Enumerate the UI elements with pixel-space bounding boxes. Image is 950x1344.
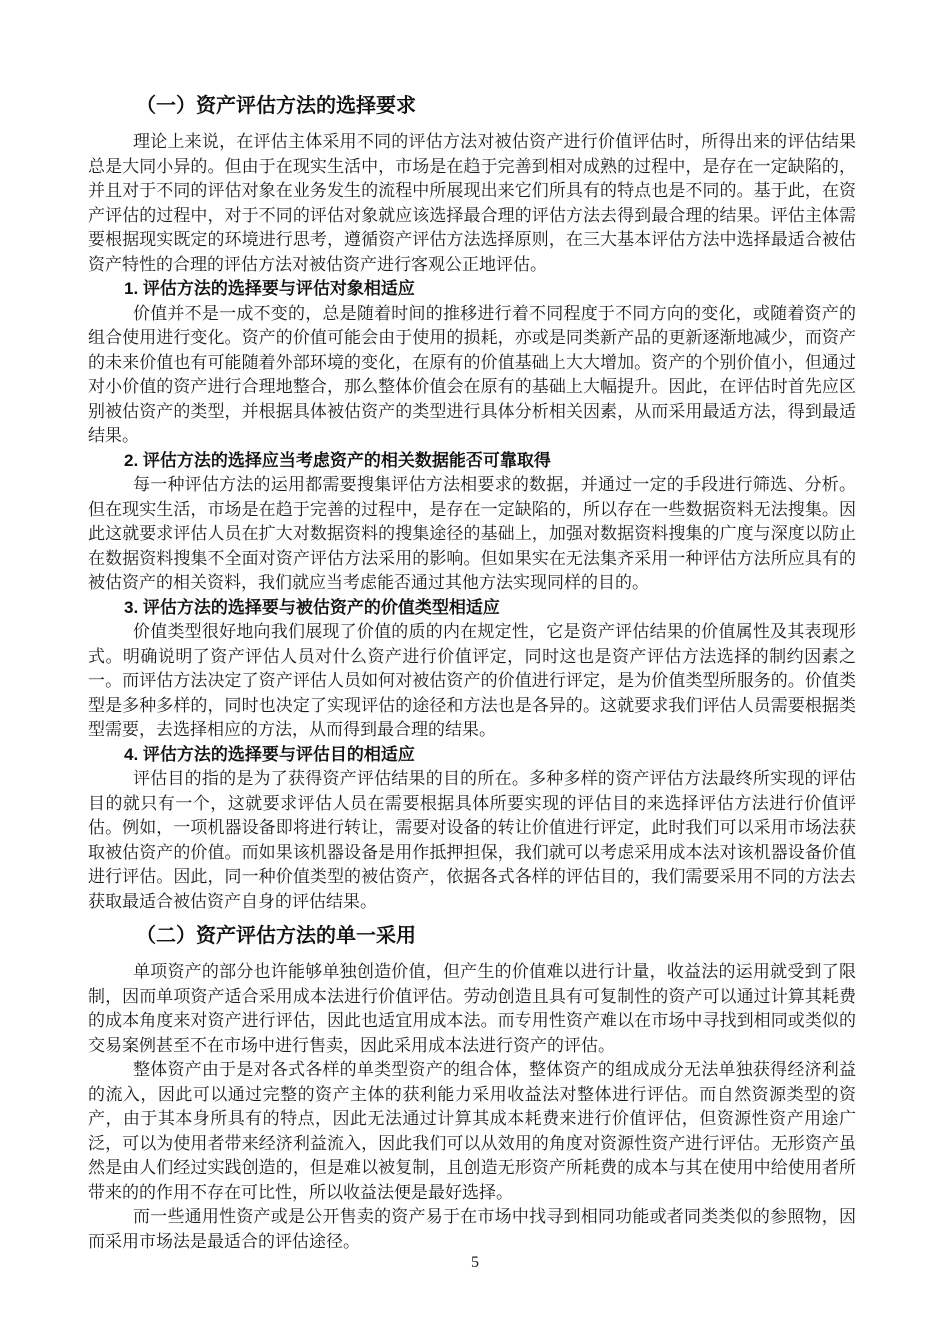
document-page: （一）资产评估方法的选择要求理论上来说，在评估主体采用不同的评估方法对被估资产进…	[0, 0, 950, 1344]
paragraph: 价值类型很好地向我们展现了价值的质的内在规定性，它是资产评估结果的价值属性及其表…	[88, 620, 856, 743]
section-heading: （二）资产评估方法的单一采用	[88, 920, 856, 952]
paragraph: 而一些通用性资产或是公开售卖的资产易于在市场中找寻到相同功能或者同类类似的参照物…	[88, 1205, 856, 1254]
page-number: 5	[0, 1254, 950, 1272]
paragraph: 每一种评估方法的运用都需要搜集评估方法相要求的数据，并通过一定的手段进行筛选、分…	[88, 473, 856, 596]
paragraph: 单项资产的部分也许能够单独创造价值，但产生的价值难以进行计量，收益法的运用就受到…	[88, 960, 856, 1058]
section-heading: （一）资产评估方法的选择要求	[88, 90, 856, 122]
subsection-heading: 2. 评估方法的选择应当考虑资产的相关数据能否可靠取得	[88, 449, 856, 474]
document-body: （一）资产评估方法的选择要求理论上来说，在评估主体采用不同的评估方法对被估资产进…	[88, 84, 856, 1254]
paragraph: 理论上来说，在评估主体采用不同的评估方法对被估资产进行价值评估时，所得出来的评估…	[88, 130, 856, 277]
subsection-heading: 3. 评估方法的选择要与被估资产的价值类型相适应	[88, 596, 856, 621]
paragraph: 评估目的指的是为了获得资产评估结果的目的所在。多种多样的资产评估方法最终所实现的…	[88, 767, 856, 914]
subsection-heading: 4. 评估方法的选择要与评估目的相适应	[88, 743, 856, 768]
paragraph: 整体资产由于是对各式各样的单类型资产的组合体，整体资产的组成成分无法单独获得经济…	[88, 1058, 856, 1205]
paragraph: 价值并不是一成不变的，总是随着时间的推移进行着不同程度于不同方向的变化，或随着资…	[88, 302, 856, 449]
subsection-heading: 1. 评估方法的选择要与评估对象相适应	[88, 277, 856, 302]
